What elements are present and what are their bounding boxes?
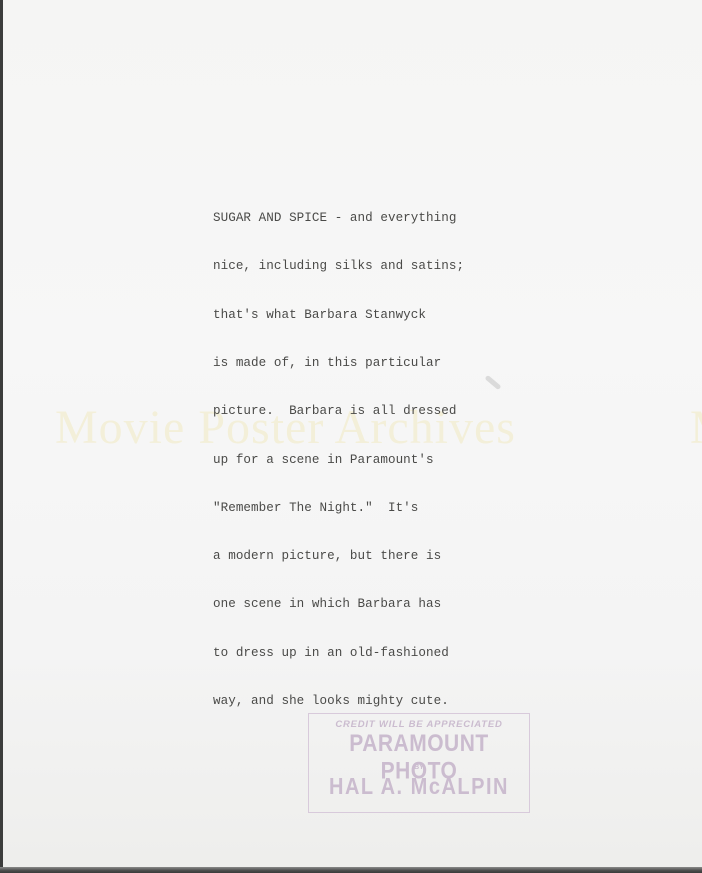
caption-line: that's what Barbara Stanwyck — [213, 307, 464, 323]
caption-line: way, and she looks mighty cute. — [213, 693, 464, 709]
caption-line: to dress up in an old-fashioned — [213, 645, 464, 661]
credit-stamp: CREDIT WILL BE APPRECIATED PARAMOUNT PHO… — [308, 713, 530, 813]
caption-line: SUGAR AND SPICE - and everything — [213, 210, 464, 226]
stamp-by-line: BY — [309, 764, 529, 771]
caption-line: one scene in which Barbara has — [213, 596, 464, 612]
scan-edge-left — [0, 0, 3, 873]
stamp-photographer-line: HAL A. McALPIN — [309, 774, 529, 800]
caption-line: nice, including silks and satins; — [213, 258, 464, 274]
stamp-credit-line: CREDIT WILL BE APPRECIATED — [309, 719, 529, 730]
scan-edge-bottom — [0, 867, 702, 873]
watermark-text-repeat: M — [690, 400, 702, 455]
caption-line: "Remember The Night." It's — [213, 500, 464, 516]
typed-caption: SUGAR AND SPICE - and everything nice, i… — [213, 178, 464, 725]
caption-line: is made of, in this particular — [213, 355, 464, 371]
caption-line: picture. Barbara is all dressed — [213, 403, 464, 419]
caption-line: up for a scene in Paramount's — [213, 452, 464, 468]
caption-line: a modern picture, but there is — [213, 548, 464, 564]
